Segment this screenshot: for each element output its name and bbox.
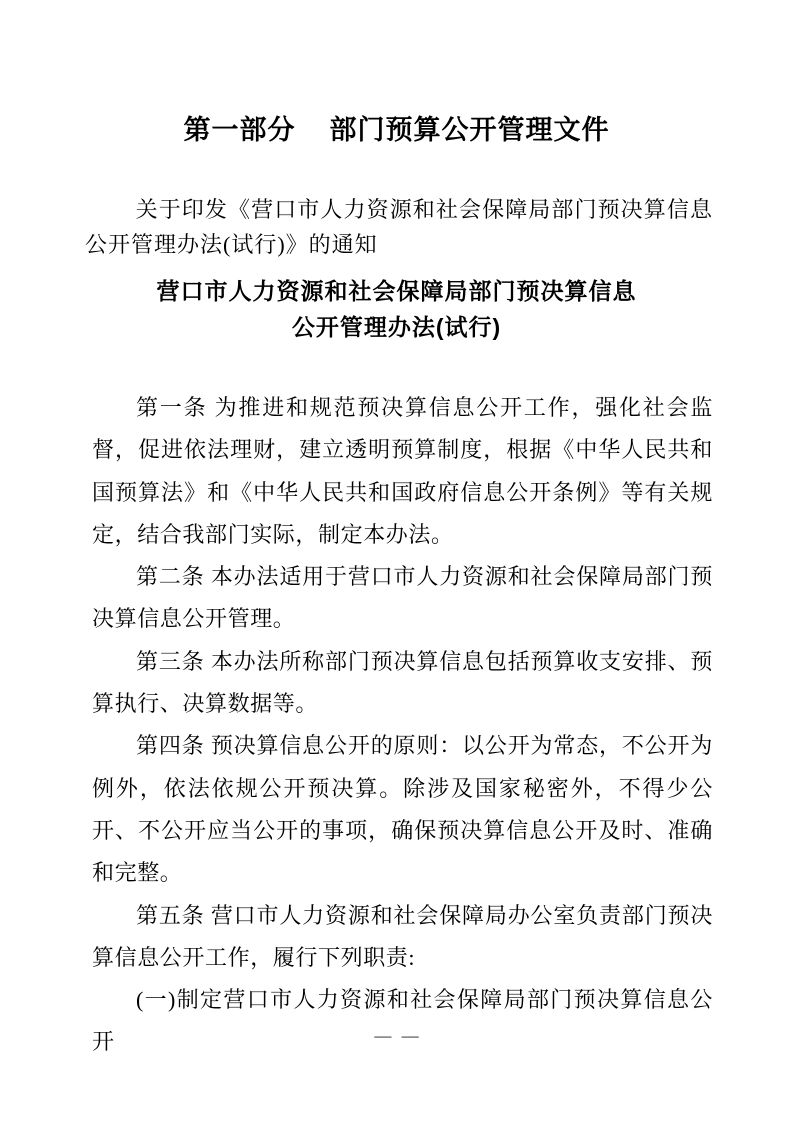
section-title: 第一部分部门预算公开管理文件 <box>0 114 793 147</box>
article-1-paragraph: 第一条 为推进和规范预决算信息公开工作，强化社会监督，促进依法理财，建立透明预算… <box>92 387 713 556</box>
article-5-item-1-paragraph: (一)制定营口市人力资源和社会保障局部门预决算信息公开 <box>92 979 713 1064</box>
page-number-marker: — — <box>374 1026 418 1045</box>
page-footer: — — <box>0 1026 793 1046</box>
document-title-line1: 营口市人力资源和社会保障局部门预决算信息 <box>0 273 793 309</box>
section-title-text: 部门预算公开管理文件 <box>330 115 610 145</box>
article-4-paragraph: 第四条 预决算信息公开的原则：以公开为常态，不公开为例外，依法依规公开预决算。除… <box>92 725 713 894</box>
notice-paragraph: 关于印发《营口市人力资源和社会保障局部门预决算信息公开管理办法(试行)》的通知 <box>85 192 713 262</box>
document-title-line2: 公开管理办法(试行) <box>0 309 793 345</box>
document-title: 营口市人力资源和社会保障局部门预决算信息 公开管理办法(试行) <box>0 273 793 345</box>
section-part-label: 第一部分 <box>184 115 296 145</box>
article-2-paragraph: 第二条 本办法适用于营口市人力资源和社会保障局部门预决算信息公开管理。 <box>92 556 713 641</box>
article-5-paragraph: 第五条 营口市人力资源和社会保障局办公室负责部门预决算信息公开工作，履行下列职责… <box>92 895 713 980</box>
article-3-paragraph: 第三条 本办法所称部门预决算信息包括预算收支安排、预算执行、决算数据等。 <box>92 641 713 726</box>
article-body: 第一条 为推进和规范预决算信息公开工作，强化社会监督，促进依法理财，建立透明预算… <box>92 387 713 1064</box>
document-page: 第一部分部门预算公开管理文件 关于印发《营口市人力资源和社会保障局部门预决算信息… <box>0 0 793 1122</box>
